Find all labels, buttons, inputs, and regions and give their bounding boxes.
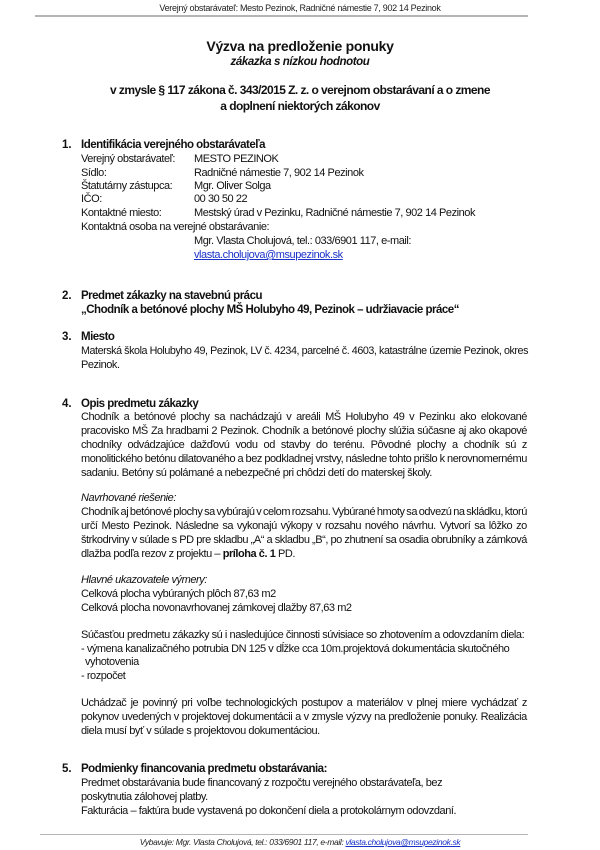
header-divider (35, 15, 528, 17)
footer-divider (40, 834, 528, 835)
contact-person-value: Mgr. Vlasta Cholujová, tel.: 033/6901 11… (194, 235, 411, 247)
bidder-obligation-line: Uchádzačjepovinnýprivoľbetechnologických… (81, 697, 527, 709)
contracting-authority-label: Verejný obstarávateľ: (81, 153, 175, 165)
description-line: Chodníkabetónovéplochysanachádzajúvareál… (81, 411, 527, 423)
solution-line: štrkodrvinyvsúladesPDpreskladbu„A“asklad… (81, 534, 527, 546)
section-title: Miesto (81, 331, 114, 343)
statutory-rep-value: Mgr. Oliver Solga (194, 180, 271, 192)
section-number: 4. (62, 398, 72, 410)
contact-place-value: Mestský úrad v Pezinku, Radničné námesti… (194, 207, 475, 219)
financing-line: Fakturácia – faktúra bude vystavená po d… (81, 805, 456, 817)
description-line: monolitickéhobetónudilatovanéhoabezpodkl… (81, 453, 527, 465)
seat-value: Radničné námestie 7, 902 14 Pezinok (194, 167, 364, 179)
attachment-reference: príloha č. 1 (223, 548, 276, 560)
description-line: chodníkyodvádzajúcedažďovúvoduodstavbydo… (81, 439, 527, 451)
activity-item: - rozpočet (81, 670, 125, 682)
activities-intro: Súčasťou predmetu zákazky sú i nasledujú… (81, 629, 524, 641)
section-title: Podmienky financovania predmetu obstaráv… (81, 763, 327, 775)
solution-suffix: PD. (275, 548, 295, 560)
section-title: Identifikácia verejného obstarávateľa (81, 139, 265, 151)
statutory-rep-label: Štatutárny zástupca: (81, 180, 172, 192)
financing-line: poskytnutia zálohovej platby. (81, 791, 208, 803)
section-title: Opis predmetu zákazky (81, 398, 198, 410)
activity-item: - výmena kanalizačného potrubia DN 125 v… (81, 643, 509, 655)
section-number: 1. (62, 139, 72, 151)
footer-contact-text: Vybavuje: Mgr. Vlasta Cholujová, tel.: 0… (140, 837, 346, 847)
document-title: Výzva na predloženie ponuky (0, 38, 600, 54)
contracting-authority-value: MESTO PEZINOK (194, 153, 278, 165)
section-number: 3. (62, 331, 72, 343)
financing-line: Predmet obstarávania bude financovaný z … (81, 777, 442, 789)
measure-item: Celková plocha novonavrhovanej zámkovej … (81, 602, 352, 614)
contact-place-label: Kontaktné miesto: (81, 207, 161, 219)
legal-basis-line-2: a doplnení niektorých zákonov (0, 99, 600, 113)
location-line: Pezinok. (81, 359, 120, 371)
ico-label: IČO: (81, 193, 102, 205)
section-number: 5. (62, 763, 72, 775)
solution-line: Chodníkajbetónovéplochysavybúrajúvcelomr… (81, 506, 527, 518)
page-footer: Vybavuje: Mgr. Vlasta Cholujová, tel.: 0… (0, 837, 600, 847)
ico-value: 00 30 50 22 (194, 193, 247, 205)
solution-line-last: dlažba podľa rezov z projektu – príloha … (81, 548, 295, 560)
measures-heading: Hlavné ukazovatele výmery: (81, 574, 207, 586)
solution-line: určíMestoPezinok.Následnesavykonajúvýkop… (81, 520, 527, 532)
legal-basis-line-1: v zmysle § 117 zákona č. 343/2015 Z. z. … (0, 83, 600, 97)
contact-email-link[interactable]: vlasta.cholujova@msupezinok.sk (194, 249, 343, 261)
activity-item-continuation: vyhotovenia (85, 656, 139, 668)
solution-text: dlažba podľa rezov z projektu – (81, 548, 223, 560)
location-line: Materská škola Holubyho 49, Pezinok, LV … (81, 345, 528, 357)
contract-subject: „Chodník a betónové plochy MŠ Holubyho 4… (81, 304, 459, 316)
footer-email-link[interactable]: vlasta.cholujova@msupezinok.sk (345, 837, 460, 847)
description-line: sadaniu. Betóny sú polámané a nebezpečné… (81, 467, 432, 479)
seat-label: Sídlo: (81, 167, 106, 179)
bidder-obligation-line: pokynovuvedenýchvprojektovejdokumentácii… (81, 711, 527, 723)
description-line: pracoviskoMŠZahradbami2Pezinok.Chodníkab… (81, 425, 527, 437)
page-header-text: Verejný obstarávateľ: Mesto Pezinok, Rad… (0, 3, 600, 13)
bidder-obligation-line: diela musí byť v súlade s projektovou do… (81, 725, 320, 737)
measure-item: Celková plocha vybúraných plôch 87,63 m2 (81, 588, 276, 600)
solution-heading: Navrhované riešenie: (81, 492, 176, 504)
contact-person-label: Kontaktná osoba na verejné obstarávanie: (81, 221, 269, 233)
section-title: Predmet zákazky na stavebnú prácu (81, 290, 262, 302)
section-number: 2. (62, 290, 72, 302)
document-subtitle: zákazka s nízkou hodnotou (0, 56, 600, 68)
